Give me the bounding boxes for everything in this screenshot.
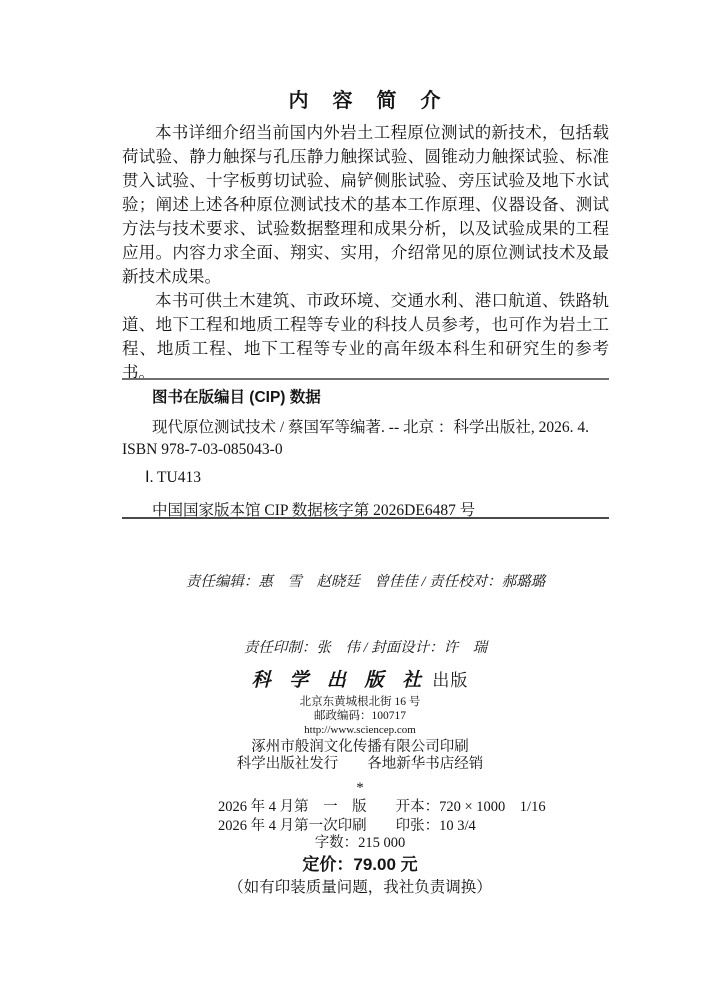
cip-isbn: ISBN 978-7-03-085043-0	[122, 440, 609, 460]
publisher-logo-suffix: 出版	[427, 671, 468, 690]
quality-note: （如有印装质量问题，我社负责调换）	[0, 877, 720, 899]
word-count-line: 字数：215 000	[0, 833, 720, 853]
divider-rule-top	[122, 378, 609, 380]
cip-header: 图书在版编目 (CIP) 数据	[122, 388, 609, 408]
content-summary-title: 内 容 简 介	[122, 84, 609, 113]
cip-classification: Ⅰ. TU413	[122, 468, 609, 488]
staff-line-printing-design: 责任印制：张 伟 / 封面设计：许 瑞	[122, 637, 609, 659]
summary-paragraph-1: 本书详细介绍当前国内外岩土工程原位测试的新技术，包括载荷试验、静力触探与孔压静力…	[122, 121, 609, 289]
distribution-line: 科学出版社发行 各地新华书店经销	[0, 754, 720, 774]
staff-line-editors: 责任编辑：惠 雪 赵晓廷 曾佳佳 / 责任校对：郝璐璐	[122, 571, 609, 593]
publisher-postcode: 邮政编码：100717	[0, 709, 720, 723]
price-line: 定价：79.00 元	[0, 853, 720, 877]
cip-title-line: 现代原位测试技术 / 蔡国军等编著. -- 北京 ：科学出版社, 2026. 4…	[122, 418, 609, 438]
publisher-address: 北京东黄城根北街 16 号	[0, 695, 720, 709]
cip-block: 图书在版编目 (CIP) 数据 现代原位测试技术 / 蔡国军等编著. -- 北京…	[122, 388, 609, 521]
publisher-logo-line: 科 学 出 版 社 出版	[0, 668, 720, 693]
book-copyright-page: 内 容 简 介 本书详细介绍当前国内外岩土工程原位测试的新技术，包括载荷试验、静…	[0, 0, 720, 1000]
publisher-logo: 科 学 出 版 社	[252, 669, 427, 691]
divider-rule-bottom	[122, 517, 609, 519]
publisher-website: http://www.sciencep.com	[0, 723, 720, 737]
asterisk-divider: *	[0, 780, 720, 796]
content-summary-body: 本书详细介绍当前国内外岩土工程原位测试的新技术，包括载荷试验、静力触探与孔压静力…	[122, 121, 609, 385]
edition-line-1: 2026 年 4 月第 一 版 开本：720 × 1000 1/16	[218, 797, 546, 817]
summary-paragraph-2: 本书可供土木建筑、市政环境、交通水利、港口航道、铁路轨道、地下工程和地质工程等专…	[122, 289, 609, 385]
